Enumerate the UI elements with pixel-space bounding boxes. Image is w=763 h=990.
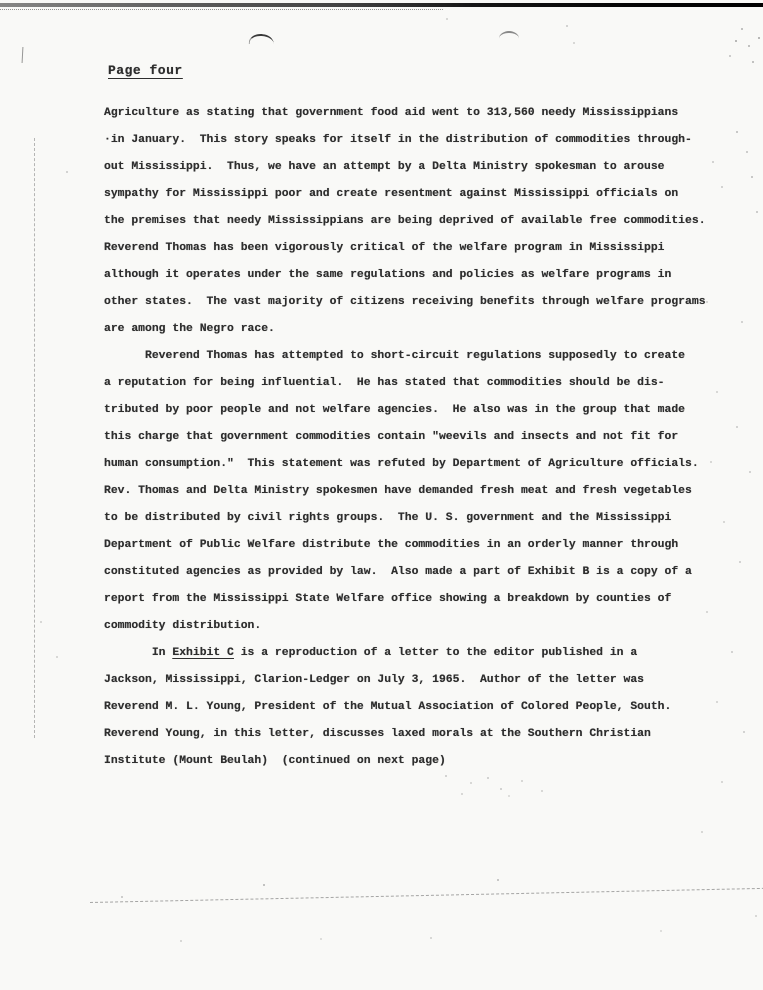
stray-mark-artifact: [22, 47, 24, 63]
scan-speck-artifact: [721, 781, 723, 783]
scan-speck-artifact: [461, 793, 463, 795]
scan-speck-artifact: [731, 651, 733, 653]
text-line: In Exhibit C is a reproduction of a lett…: [104, 640, 706, 667]
scan-speck-artifact: [748, 45, 750, 47]
stray-pen-mark-artifact: [499, 31, 519, 40]
scan-speck-artifact: [470, 782, 472, 784]
text-line: although it operates under the same regu…: [104, 262, 706, 289]
scan-speck-artifact: [180, 940, 182, 942]
text-line: Rev. Thomas and Delta Ministry spokesmen…: [104, 478, 706, 505]
scan-speck-artifact: [566, 25, 568, 27]
text-line: constituted agencies as provided by law.…: [104, 559, 706, 586]
scan-speck-artifact: [712, 161, 714, 163]
scan-speck-artifact: [66, 171, 68, 173]
scan-speck-artifact: [743, 731, 745, 733]
scan-speck-artifact: [721, 186, 723, 188]
text-line: Jackson, Mississippi, Clarion-Ledger on …: [104, 667, 706, 694]
text-line: Institute (Mount Beulah) (continued on n…: [104, 748, 706, 775]
text-line: Department of Public Welfare distribute …: [104, 532, 706, 559]
scan-speck-artifact: [749, 471, 751, 473]
text-line: report from the Mississippi State Welfar…: [104, 586, 706, 613]
text-line: Agriculture as stating that government f…: [104, 100, 706, 127]
scan-speck-artifact: [751, 176, 753, 178]
scan-speck-artifact: [706, 611, 708, 613]
scan-speck-artifact: [263, 884, 265, 886]
text-line: human consumption." This statement was r…: [104, 451, 706, 478]
text-line: Reverend Thomas has been vigorously crit…: [104, 235, 706, 262]
text-line: commodity distribution.: [104, 613, 706, 640]
scan-speck-artifact: [752, 61, 754, 63]
scan-speck-artifact: [487, 777, 489, 779]
scan-speck-artifact: [701, 831, 703, 833]
scan-speck-artifact: [729, 55, 731, 57]
scan-speck-artifact: [446, 18, 448, 20]
scan-speck-artifact: [430, 937, 432, 939]
scan-speck-artifact: [756, 211, 758, 213]
scan-speck-artifact: [497, 879, 499, 881]
scan-edge-bottom-artifact: [90, 888, 763, 903]
text-line: Reverend Young, in this letter, discusse…: [104, 721, 706, 748]
scan-speck-artifact: [755, 915, 757, 917]
text-line: are among the Negro race.: [104, 316, 706, 343]
text-line: Reverend M. L. Young, President of the M…: [104, 694, 706, 721]
text-line: other states. The vast majority of citiz…: [104, 289, 706, 316]
scan-speck-artifact: [320, 938, 322, 940]
scan-speck-artifact: [521, 780, 523, 782]
text-line: this charge that government commodities …: [104, 424, 706, 451]
scan-speck-artifact: [710, 461, 712, 463]
text-line: sympathy for Mississippi poor and create…: [104, 181, 706, 208]
scan-speck-artifact: [445, 775, 447, 777]
scan-speck-artifact: [706, 301, 708, 303]
scan-speck-artifact: [121, 896, 123, 898]
scan-speck-artifact: [741, 321, 743, 323]
scan-speck-artifact: [741, 28, 743, 30]
text-line: the premises that needy Mississippians a…: [104, 208, 706, 235]
stray-pen-mark-artifact: [249, 33, 275, 46]
scan-speck-artifact: [736, 426, 738, 428]
scan-speck-artifact: [500, 788, 502, 790]
scan-speck-artifact: [40, 621, 42, 623]
scan-speck-artifact: [736, 131, 738, 133]
scan-speck-artifact: [56, 656, 58, 658]
scan-edge-top-artifact: [0, 3, 763, 7]
scan-speck-artifact: [573, 42, 575, 44]
scan-speck-artifact: [660, 930, 662, 932]
text-line: tributed by poor people and not welfare …: [104, 397, 706, 424]
text-line: out Mississippi. Thus, we have an attemp…: [104, 154, 706, 181]
document-page: Page four Agriculture as stating that go…: [0, 0, 763, 990]
body-text: Agriculture as stating that government f…: [104, 100, 706, 775]
scan-edge-top-dotted-artifact: [0, 9, 443, 10]
scan-speck-artifact: [735, 40, 737, 42]
text-line: Reverend Thomas has attempted to short-c…: [104, 343, 706, 370]
page-label: Page four: [108, 63, 183, 78]
text-line: ·in January. This story speaks for itsel…: [104, 127, 706, 154]
scan-speck-artifact: [758, 37, 760, 39]
page-fold-line-artifact: [34, 138, 35, 738]
scan-speck-artifact: [723, 521, 725, 523]
scan-speck-artifact: [746, 151, 748, 153]
scan-speck-artifact: [716, 701, 718, 703]
scan-speck-artifact: [541, 790, 543, 792]
text-line: a reputation for being influential. He h…: [104, 370, 706, 397]
text-line: to be distributed by civil rights groups…: [104, 505, 706, 532]
scan-speck-artifact: [716, 391, 718, 393]
scan-speck-artifact: [739, 561, 741, 563]
scan-speck-artifact: [508, 795, 510, 797]
